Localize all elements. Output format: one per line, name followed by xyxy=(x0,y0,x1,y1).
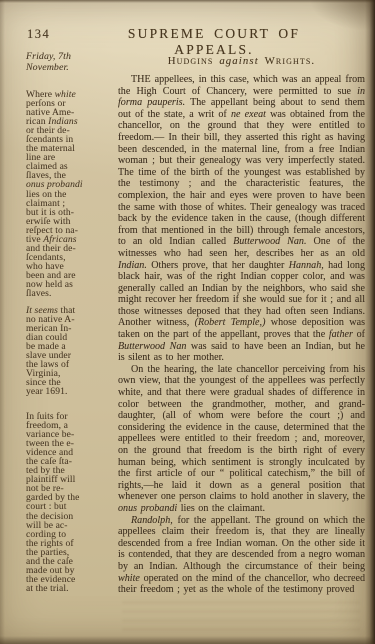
page-edge-left xyxy=(0,0,5,644)
paragraph-case-statement: THE appellees, in this case, which was a… xyxy=(118,74,365,364)
case-title-period: . xyxy=(311,55,315,67)
margin-note-burden-of-proof: Where white perſons or native Ame- rican… xyxy=(26,90,114,298)
running-header: SUPREME COURT OF APPEALS. xyxy=(86,26,342,58)
paragraph-chancellor-decree: On the hearing, the late chancellor perc… xyxy=(118,364,365,515)
page-edge-bottom xyxy=(0,636,375,644)
margin-date-note: Friday, 7th November. xyxy=(26,52,114,73)
page-number: 134 xyxy=(27,27,50,42)
case-connector: against xyxy=(219,55,259,67)
showthrough-ghost xyxy=(122,601,360,637)
case-party-appellant: Hudgins xyxy=(168,55,214,67)
margin-note-indian-slavery: It seems that no native A- merican In- d… xyxy=(26,306,114,396)
body-text: THE appellees, in this case, which was a… xyxy=(118,74,365,596)
page-edge-right xyxy=(365,0,375,644)
case-party-appellee: Wrights xyxy=(265,55,312,67)
paragraph-randolph-argument: Randolph, for the appellant. The ground … xyxy=(118,515,365,596)
book-page: 134 SUPREME COURT OF APPEALS. Hudgins ag… xyxy=(0,0,375,644)
margin-note-variance-rule: In ſuits for freedom, a variance be- twe… xyxy=(26,412,114,593)
page-edge-top xyxy=(0,0,375,3)
case-title: Hudgins against Wrights. xyxy=(118,55,365,67)
